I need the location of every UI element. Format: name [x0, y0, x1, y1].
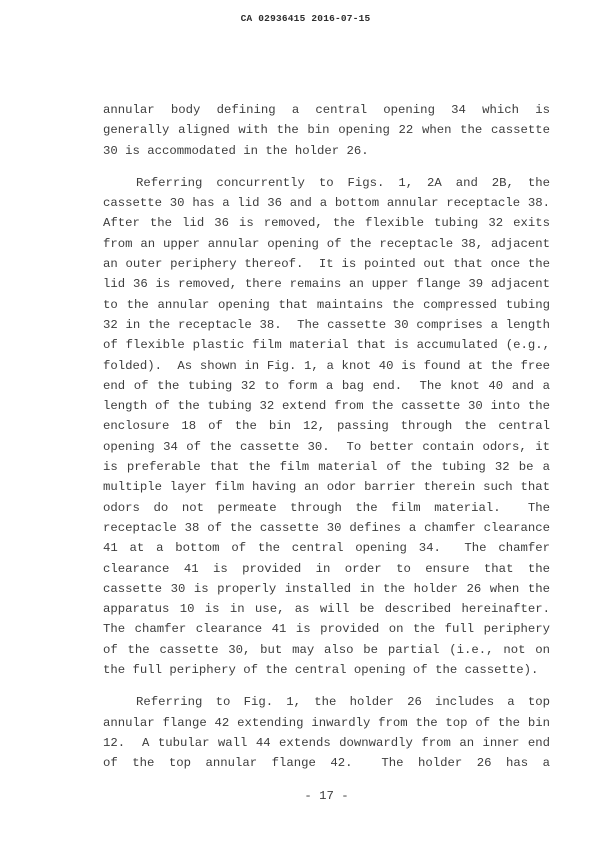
text-line: of the cassette 30, but may also be part… [103, 640, 550, 660]
text-line: from an upper annular opening of the rec… [103, 234, 550, 254]
text-line: cassette 30 has a lid 36 and a bottom an… [103, 193, 550, 213]
text-line: length of the tubing 32 extend from the … [103, 396, 550, 416]
text-line: annular body defining a central opening … [103, 100, 550, 120]
text-line: clearance 41 is provided in order to ens… [103, 559, 550, 579]
text-line: is preferable that the film material of … [103, 457, 550, 477]
text-line: generally aligned with the bin opening 2… [103, 120, 550, 140]
text-line: enclosure 18 of the bin 12, passing thro… [103, 416, 550, 436]
text-line: of the top annular flange 42. The holder… [103, 753, 550, 773]
text-line: apparatus 10 is in use, as will be descr… [103, 599, 550, 619]
text-line: Referring to Fig. 1, the holder 26 inclu… [103, 692, 550, 712]
text-line: multiple layer film having an odor barri… [103, 477, 550, 497]
text-line: odors do not permeate through the film m… [103, 498, 550, 518]
paragraph: Referring to Fig. 1, the holder 26 inclu… [103, 692, 550, 773]
patent-page: CA 02936415 2016-07-15 annular body defi… [0, 0, 611, 864]
text-line: 30 is accommodated in the holder 26. [103, 141, 550, 161]
text-line: opening 34 of the cassette 30. To better… [103, 437, 550, 457]
text-line: The chamfer clearance 41 is provided on … [103, 619, 550, 639]
text-line: folded). As shown in Fig. 1, a knot 40 i… [103, 356, 550, 376]
text-line: lid 36 is removed, there remains an uppe… [103, 274, 550, 294]
text-line: the full periphery of the central openin… [103, 660, 550, 680]
text-line: 12. A tubular wall 44 extends downwardly… [103, 733, 550, 753]
paragraph: annular body defining a central opening … [103, 100, 550, 161]
text-line: Referring concurrently to Figs. 1, 2A an… [103, 173, 550, 193]
paragraph: Referring concurrently to Figs. 1, 2A an… [103, 173, 550, 680]
page-number: - 17 - [103, 789, 550, 803]
page-header: CA 02936415 2016-07-15 [0, 13, 611, 24]
text-line: annular flange 42 extending inwardly fro… [103, 713, 550, 733]
text-line: end of the tubing 32 to form a bag end. … [103, 376, 550, 396]
text-line: of flexible plastic film material that i… [103, 335, 550, 355]
text-line: cassette 30 is properly installed in the… [103, 579, 550, 599]
text-line: 41 at a bottom of the central opening 34… [103, 538, 550, 558]
text-line: After the lid 36 is removed, the flexibl… [103, 213, 550, 233]
document-body: annular body defining a central opening … [103, 100, 550, 774]
text-line: receptacle 38 of the cassette 30 defines… [103, 518, 550, 538]
text-line: 32 in the receptacle 38. The cassette 30… [103, 315, 550, 335]
text-line: an outer periphery thereof. It is pointe… [103, 254, 550, 274]
text-line: to the annular opening that maintains th… [103, 295, 550, 315]
